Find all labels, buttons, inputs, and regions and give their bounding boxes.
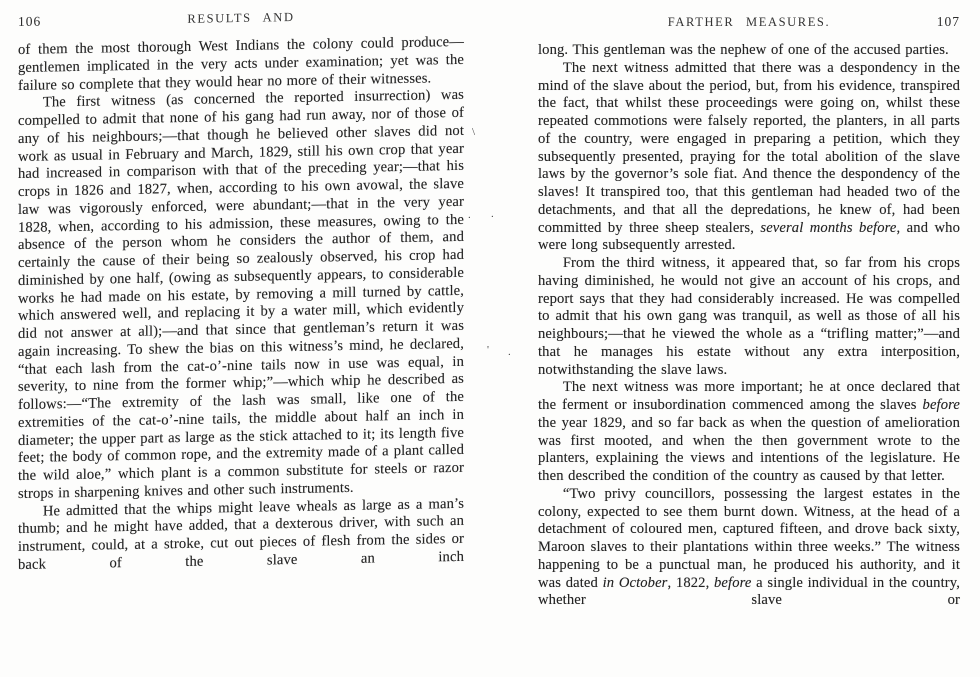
paragraph: The next witness was more important; he … [538,379,960,486]
book-spread: 106 RESULTS AND of them the most thoroug… [0,0,980,677]
italic-text: in October [603,575,668,591]
body-text: the year 1829, and so far back as when t… [538,415,960,484]
paragraph: The next witness admitted that there was… [538,60,960,255]
running-head-right: FARTHER MEASURES. [578,15,920,30]
paragraph: long. This gentleman was the nephew of o… [538,42,960,60]
page-number-right: 107 [920,14,960,30]
page-right-body: long. This gentleman was the nephew of o… [538,38,960,610]
italic-text: several months before [760,220,896,236]
page-right-header: FARTHER MEASURES. 107 [538,14,960,38]
scan-artifact: \ [472,127,475,138]
body-text: The next witness admitted that there was… [538,60,960,236]
italic-text: before [714,575,751,591]
page-number-left: 106 [18,13,58,30]
scan-artifact: . [508,347,511,358]
header-spacer-left [424,18,464,19]
body-text: long. This gentleman was the nephew of o… [538,42,949,58]
body-text: The next witness was more important; he … [538,379,960,413]
body-text: From the third witness, it appeared that… [538,255,960,378]
paragraph: The first witness (as concerned the repo… [18,87,464,503]
italic-text: before [923,397,960,413]
body-text: , 1822, [668,575,715,591]
paragraph: He admitted that the whips might leave w… [18,495,464,574]
scan-artifact: ' [487,345,489,356]
page-right: FARTHER MEASURES. 107 long. This gentlem… [538,14,960,610]
page-left-body: of them the most thorough West Indians t… [18,30,464,575]
paragraph: “Two privy councillors, possessing the l… [538,486,960,610]
running-head-left: RESULTS AND [58,8,424,30]
body-text: He admitted that the whips might leave w… [18,495,464,572]
body-text: The first witness (as concerned the repo… [18,87,464,502]
scan-artifact: . [468,210,471,221]
paragraph: From the third witness, it appeared that… [538,255,960,379]
body-text: of them the most thorough West Indians t… [18,34,464,94]
scan-artifact: . [491,209,494,220]
page-left: 106 RESULTS AND of them the most thoroug… [18,6,464,575]
paragraph: of them the most thorough West Indians t… [18,34,464,95]
